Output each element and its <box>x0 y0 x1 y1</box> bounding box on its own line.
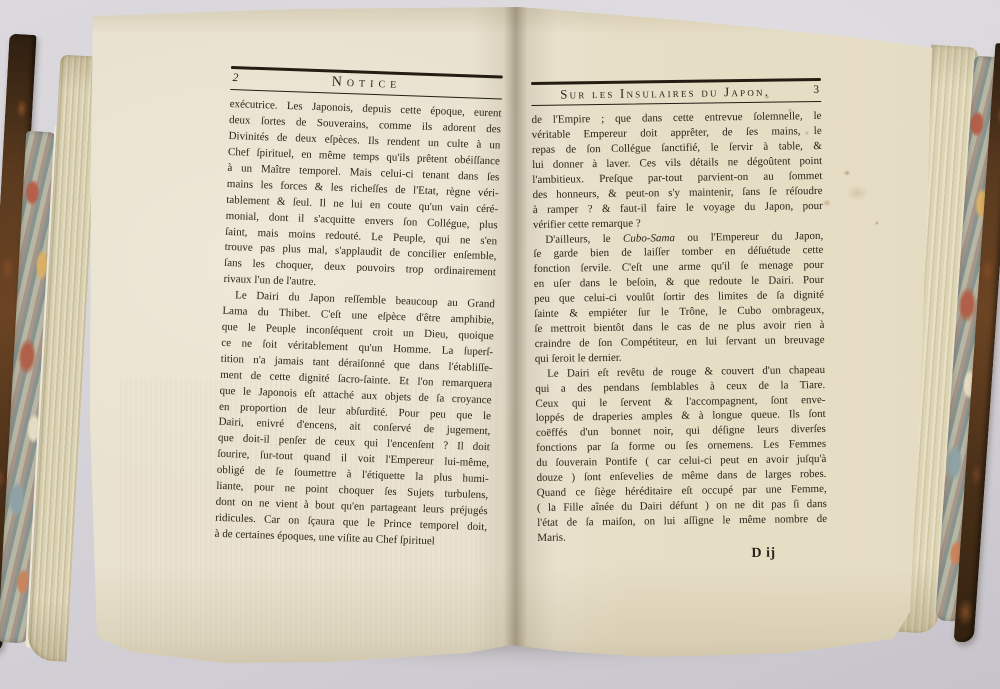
paragraph: Le Dairi eſt revêtu de rouge & couvert d… <box>535 363 827 546</box>
paragraph: de l'Empire ; que dans cette entrevue ſo… <box>531 109 823 232</box>
book-left-binding <box>0 25 102 664</box>
left-page: 2 Notice exécutrice. Les Japonois, depui… <box>214 66 502 552</box>
open-pages: 2 Notice exécutrice. Les Japonois, depui… <box>0 0 1000 689</box>
running-title-right: Sur les Insulaires du Japon. <box>531 83 799 103</box>
right-page: Sur les Insulaires du Japon. 3 de l'Empi… <box>531 78 828 565</box>
paragraph: exécutrice. Les Japonois, depuis cette é… <box>223 97 501 297</box>
paragraph: Le Dairi du Japon reſſemble beaucoup au … <box>214 288 495 552</box>
paragraph: D'ailleurs, le Cubo-Sama ou l'Empereur d… <box>533 228 825 366</box>
right-page-text: de l'Empire ; que dans cette entrevue ſo… <box>531 109 827 545</box>
page-number-right: 3 <box>813 83 819 95</box>
running-head-right: Sur les Insulaires du Japon. 3 <box>531 82 821 103</box>
book-photograph: 2 Notice exécutrice. Les Japonois, depui… <box>0 0 1000 689</box>
left-page-text: exécutrice. Les Japonois, depuis cette é… <box>214 97 501 552</box>
signature-mark: D ij <box>538 544 828 564</box>
